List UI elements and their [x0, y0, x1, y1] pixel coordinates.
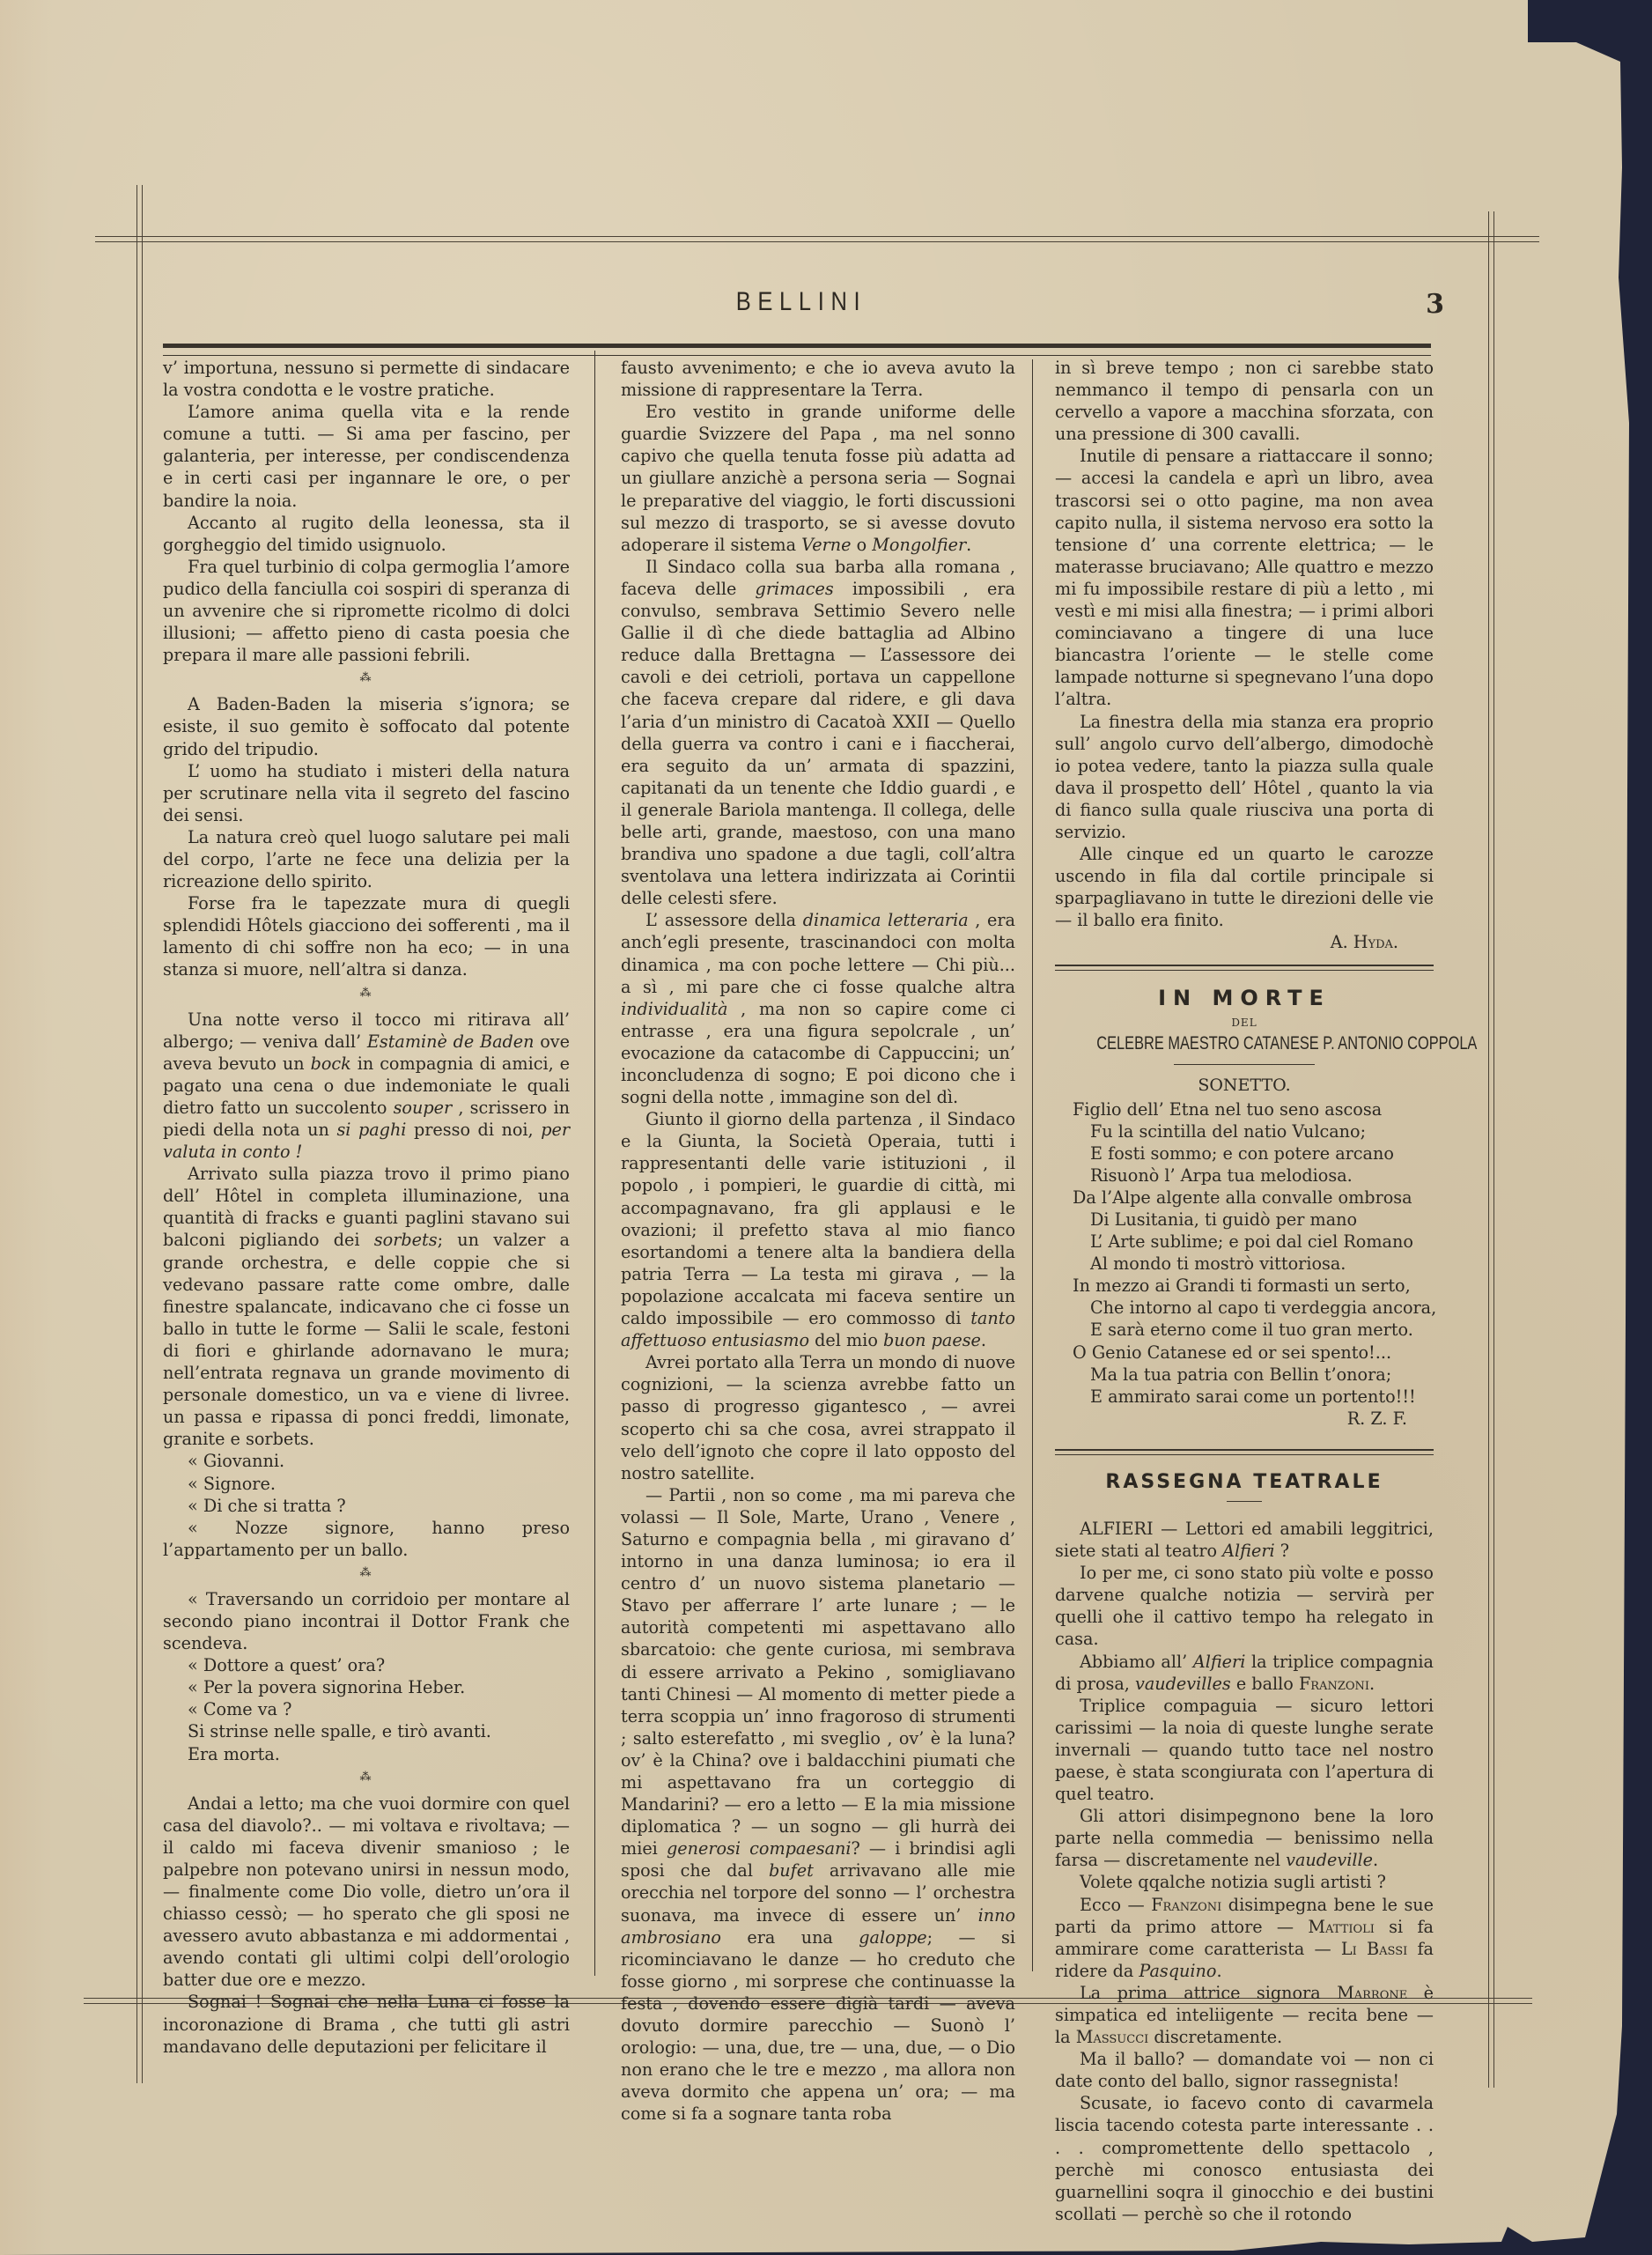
- text-run: discretamente.: [1148, 2027, 1282, 2047]
- paragraph: La natura creò quel luogo salutare pei m…: [163, 826, 570, 892]
- paragraph: Volete qqalche notizia sugli artisti ?: [1055, 1871, 1434, 1893]
- italic-run: grimaces: [756, 579, 834, 599]
- paragraph: Inutile di pensare a riattaccare il sonn…: [1055, 445, 1434, 710]
- paragraph: Triplice compaguia — sicuro lettori cari…: [1055, 1695, 1434, 1805]
- text-run: Abbiamo all’: [1080, 1652, 1193, 1672]
- dialogue-line: « Giovanni.: [163, 1450, 570, 1472]
- paragraph: Ma il ballo? — domandate voi — non ci da…: [1055, 2048, 1434, 2092]
- paragraph: Il Sindaco colla sua barba alla romana ,…: [621, 556, 1015, 910]
- section-subtitle-del: DEL: [1055, 1015, 1434, 1031]
- dialogue-line: « Per la povera signorina Heber.: [163, 1676, 570, 1698]
- text-run: .: [981, 1330, 986, 1350]
- section-asterism: ⁂: [163, 1772, 570, 1782]
- header-rule: [163, 344, 1431, 356]
- italic-run: Estaminè de Baden: [367, 1031, 535, 1052]
- section-asterism: ⁂: [163, 673, 570, 683]
- paragraph: La finestra della mia stanza era proprio…: [1055, 711, 1434, 844]
- text-run: .: [1216, 1961, 1221, 1981]
- italic-run: souper: [394, 1098, 453, 1118]
- paragraph: Una notte verso il tocco mi ritirava all…: [163, 1009, 570, 1164]
- smallcaps-run: Marrone: [1337, 1983, 1407, 2003]
- text-run: ?: [1275, 1541, 1289, 1561]
- paragraph: Giunto il giorno della partenza , il Sin…: [621, 1108, 1015, 1351]
- paragraph: Gli attori disimpegnono bene la loro par…: [1055, 1805, 1434, 1871]
- paragraph: Fra quel turbinio di colpa germoglia l’a…: [163, 556, 570, 666]
- paragraph: « Traversando un corridoio per montare a…: [163, 1588, 570, 1654]
- poem-line: Figlio dell’ Etna nel tuo seno ascosa: [1073, 1098, 1434, 1120]
- text-run: Giunto il giorno della partenza , il Sin…: [621, 1109, 1015, 1328]
- paragraph: L’amore anima quella vita e la rende com…: [163, 401, 570, 511]
- smallcaps-run: Franzoni: [1299, 1674, 1369, 1694]
- author-signature: A. Hyda.: [1055, 931, 1434, 953]
- paragraph: A Baden-Baden la miseria s’ignora; se es…: [163, 693, 570, 759]
- dialogue-line: « Dottore a quest’ ora?: [163, 1654, 570, 1676]
- text-run: o: [852, 535, 873, 555]
- poem-line: E ammirato sarai come un portento!!!: [1073, 1386, 1434, 1408]
- text-run: .: [1373, 1850, 1378, 1870]
- italic-run: generosi compaesani: [667, 1838, 852, 1859]
- italic-run: si paghi: [336, 1120, 406, 1140]
- poem-signature: R. Z. F.: [1055, 1408, 1434, 1430]
- italic-run: galoppe: [859, 1927, 926, 1948]
- poem-line: O Genio Catanese ed or sei spento!...: [1073, 1342, 1434, 1364]
- paragraph: ALFIERI — Lettori ed amabili leggitrici,…: [1055, 1518, 1434, 1562]
- poem-line: L’ Arte sublime; e poi dal ciel Romano: [1073, 1231, 1434, 1253]
- paragraph: Andai a letto; ma che vuoi dormire con q…: [163, 1793, 570, 1992]
- poem-line: Al mondo ti mostrò vittoriosa.: [1073, 1253, 1434, 1275]
- short-rule: [1227, 1501, 1262, 1502]
- text-run: Ero vestito in grande uniforme delle gua…: [621, 402, 1015, 555]
- paragraph: Scusate, io facevo conto di cavarmela li…: [1055, 2092, 1434, 2225]
- text-run: Ecco —: [1080, 1895, 1151, 1915]
- paragraph: L’ assessore della dinamica letteraria ,…: [621, 909, 1015, 1108]
- in-morte-section: IN MORTE DEL CELEBRE MAESTRO CATANESE P.…: [1055, 985, 1434, 1430]
- masthead: BELLINI 3: [159, 280, 1444, 324]
- smallcaps-run: Li Bassi: [1341, 1939, 1407, 1959]
- poem-line: In mezzo ai Grandi ti formasti un serto,: [1073, 1275, 1434, 1297]
- paragraph: Abbiamo all’ Alfieri la triplice compagn…: [1055, 1651, 1434, 1695]
- section-asterism: ⁂: [163, 1568, 570, 1578]
- italic-run: vaudeville: [1286, 1850, 1373, 1870]
- poem-line: Fu la scintilla del natio Vulcano;: [1073, 1120, 1434, 1142]
- column-rule-1: [594, 351, 595, 1976]
- poem-line: Risuonò l’ Arpa tua melodiosa.: [1073, 1164, 1434, 1187]
- short-rule: [1174, 1064, 1315, 1065]
- poem-line: Di Lusitania, ti guidò per mano: [1073, 1209, 1434, 1231]
- text-run: presso di noi,: [406, 1120, 541, 1140]
- column-2: fausto avvenimento; e che io aveva avuto…: [621, 357, 1015, 2126]
- paragraph: v’ importuna, nessuno si permette di sin…: [163, 357, 570, 401]
- italic-run: bufet: [769, 1860, 814, 1881]
- dialogue-line: « Nozze signore, hanno preso l’appartame…: [163, 1517, 570, 1561]
- paragraph: Ero vestito in grande uniforme delle gua…: [621, 401, 1015, 556]
- poem-line: E sarà eterno come il tuo gran merto.: [1073, 1319, 1434, 1341]
- page-number: 3: [1426, 289, 1444, 320]
- sonnet-title: SONETTO.: [1055, 1074, 1434, 1097]
- paragraph: La prima attrice signora Marrone è simpa…: [1055, 1982, 1434, 2048]
- column-rule-2: [1032, 359, 1033, 1971]
- paragraph: Accanto al rugito della leonessa, sta il…: [163, 512, 570, 556]
- dialogue-line: Era morta.: [163, 1743, 570, 1765]
- italic-run: sorbets: [374, 1230, 438, 1250]
- italic-run: vaudevilles: [1135, 1674, 1231, 1694]
- column-3: in sì breve tempo ; non ci sarebbe stato…: [1055, 357, 1434, 2225]
- section-title: RASSEGNA TEATRALE: [1055, 1469, 1434, 1496]
- section-divider: [1055, 965, 1434, 971]
- italic-run: bock: [311, 1054, 351, 1074]
- text-run: — Partii , non so come , ma mi pareva ch…: [621, 1485, 1015, 1859]
- text-run: e ballo: [1231, 1674, 1299, 1694]
- poem-line: Che intorno al capo ti verdeggia ancora,: [1073, 1297, 1434, 1319]
- italic-run: Pasquino: [1139, 1961, 1216, 1981]
- section-subtitle: CELEBRE MAESTRO CATANESE P. ANTONIO COPP…: [1096, 1031, 1391, 1057]
- italic-run: buon paese: [883, 1330, 981, 1350]
- paragraph: Ecco — Franzoni disimpegna bene le sue p…: [1055, 1894, 1434, 1982]
- section-divider: [1055, 1449, 1434, 1455]
- paragraph: L’ uomo ha studiato i misteri della natu…: [163, 760, 570, 826]
- paragraph: Io per me, ci sono stato più volte e pos…: [1055, 1562, 1434, 1650]
- section-title: IN MORTE: [1055, 985, 1434, 1011]
- text-run: del mio: [809, 1330, 883, 1350]
- paragraph: Avrei portato alla Terra un mondo di nuo…: [621, 1351, 1015, 1484]
- text-run: ; — si ricominciavano le danze — ho cred…: [621, 1927, 1015, 2125]
- section-asterism: ⁂: [163, 988, 570, 998]
- text-run: ; un valzer a grande orchestra, e delle …: [163, 1230, 570, 1449]
- sonnet: Figlio dell’ Etna nel tuo seno ascosa Fu…: [1055, 1098, 1434, 1408]
- paragraph: in sì breve tempo ; non ci sarebbe stato…: [1055, 357, 1434, 445]
- paragraph: — Partii , non so come , ma mi pareva ch…: [621, 1484, 1015, 2126]
- italic-run: individualità: [621, 999, 727, 1019]
- dialogue-line: Si strinse nelle spalle, e tirò avanti.: [163, 1720, 570, 1742]
- text-run: La prima attrice signora: [1080, 1983, 1337, 2003]
- smallcaps-run: Massucci: [1076, 2027, 1149, 2047]
- newspaper-title: BELLINI: [255, 287, 1348, 317]
- text-run: L’ assessore della: [645, 910, 803, 930]
- paragraph: Forse fra le tapezzate mura di quegli sp…: [163, 892, 570, 980]
- italic-run: Alfieri: [1222, 1541, 1274, 1561]
- frame-left-rule: [136, 185, 143, 2083]
- dialogue-line: « Di che si tratta ?: [163, 1495, 570, 1517]
- text-run: .: [966, 535, 971, 555]
- rassegna-teatrale-section: RASSEGNA TEATRALE ALFIERI — Lettori ed a…: [1055, 1469, 1434, 2225]
- paragraph: Arrivato sulla piazza trovo il primo pia…: [163, 1163, 570, 1450]
- paragraph: Sognai ! Sognai che nella Luna ci fosse …: [163, 1991, 570, 2057]
- frame-right-rule: [1488, 211, 1494, 2088]
- poem-line: E fosti sommo; e con potere arcano: [1073, 1142, 1434, 1164]
- dialogue-line: « Signore.: [163, 1473, 570, 1495]
- italic-run: Verne: [801, 535, 851, 555]
- smallcaps-run: Franzoni: [1151, 1895, 1221, 1915]
- smallcaps-run: Mattioli: [1308, 1917, 1374, 1937]
- poem-line: Ma la tua patria con Bellin t’onora;: [1073, 1364, 1434, 1386]
- newspaper-page: BELLINI 3 v’ importuna, nessuno si perme…: [0, 0, 1652, 2255]
- paragraph: fausto avvenimento; e che io aveva avuto…: [621, 357, 1015, 401]
- column-1: v’ importuna, nessuno si permette di sin…: [163, 357, 570, 2058]
- poem-line: Da l’Alpe algente alla convalle ombrosa: [1073, 1187, 1434, 1209]
- italic-run: Mongolfier: [872, 535, 966, 555]
- text-run: .: [1369, 1674, 1375, 1694]
- text-run: impossibili , era convulso, sembrava Set…: [621, 579, 1015, 908]
- dialogue-line: « Come va ?: [163, 1698, 570, 1720]
- text-run: era una: [721, 1927, 859, 1948]
- italic-run: dinamica letteraria: [803, 910, 969, 930]
- italic-run: Alfieri: [1193, 1652, 1245, 1672]
- paragraph: Alle cinque ed un quarto le carozze usce…: [1055, 843, 1434, 931]
- frame-top-rule: [95, 236, 1539, 242]
